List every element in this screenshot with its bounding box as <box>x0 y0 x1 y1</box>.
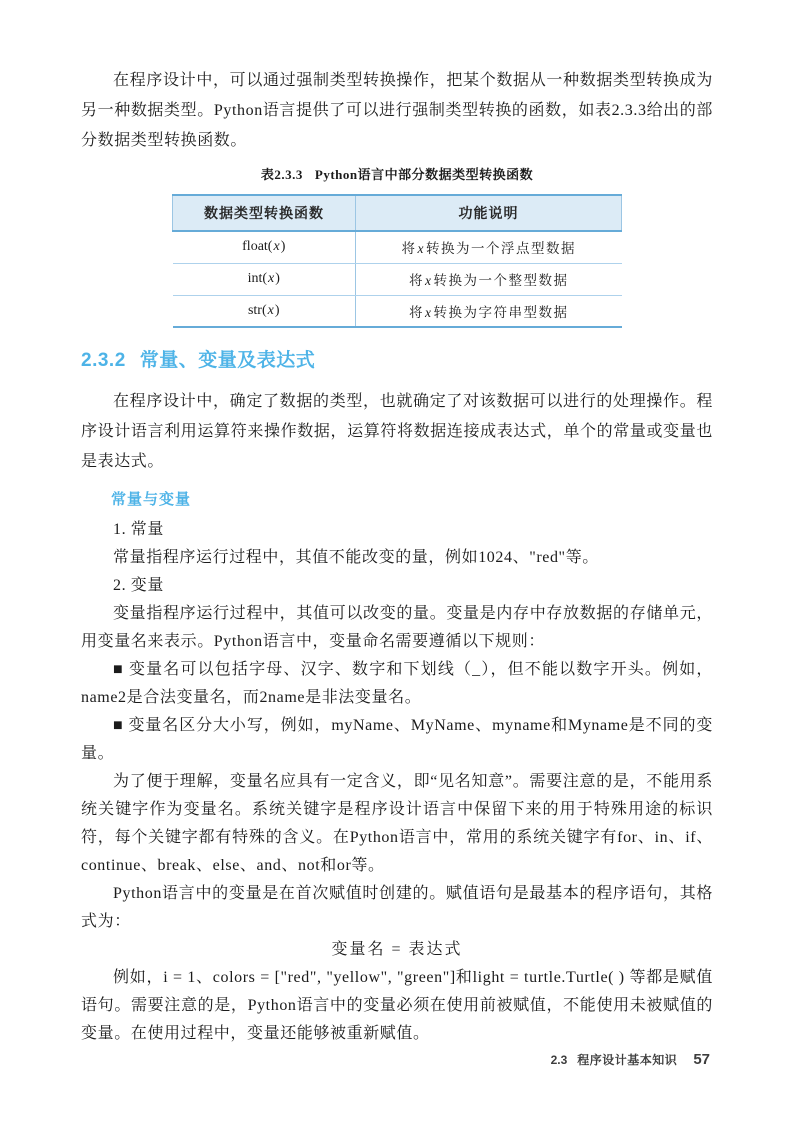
variable-x: x <box>417 241 427 256</box>
assignment-formula: 变量名 = 表达式 <box>81 936 713 964</box>
description-cell: 将x转换为字符串型数据 <box>356 295 622 327</box>
constant-definition: 常量指程序运行过程中，其值不能改变的量，例如1024、"red"等。 <box>81 544 713 572</box>
function-cell: float(x) <box>173 231 356 263</box>
intro-paragraph: 在程序设计中，可以通过强制类型转换操作，把某个数据从一种数据类型转换成为另一种数… <box>81 66 713 156</box>
description-cell: 将x转换为一个浮点型数据 <box>356 231 622 263</box>
variable-item-title: 2. 变量 <box>81 572 713 600</box>
naming-rule-bullet-1: ■ 变量名可以包括字母、汉字、数字和下划线（_），但不能以数字开头。例如，nam… <box>81 656 713 712</box>
table-row-str: str(x) 将x转换为字符串型数据 <box>173 295 622 327</box>
table-row-int: int(x) 将x转换为一个整型数据 <box>173 263 622 295</box>
table-row-float: float(x) 将x转换为一个浮点型数据 <box>173 231 622 263</box>
table-caption: 表2.3.3Python语言中部分数据类型转换函数 <box>81 166 713 184</box>
variable-x: x <box>424 273 434 288</box>
footer-section-number: 2.3 <box>551 1053 568 1067</box>
assignment-paragraph: Python语言中的变量是在首次赋值时创建的。赋值语句是最基本的程序语句，其格式… <box>81 880 713 936</box>
description-cell: 将x转换为一个整型数据 <box>356 263 622 295</box>
footer-page-number: 57 <box>693 1051 710 1068</box>
table-caption-number: 表2.3.3 <box>261 167 303 182</box>
constant-item-title: 1. 常量 <box>81 516 713 544</box>
table-header-row: 数据类型转换函数 功能说明 <box>173 195 622 231</box>
page-content: 在程序设计中，可以通过强制类型转换操作，把某个数据从一种数据类型转换成为另一种数… <box>81 66 713 1048</box>
footer-section-title: 程序设计基本知识 <box>577 1053 677 1067</box>
section-heading-number: 2.3.2 <box>81 350 126 371</box>
table-caption-title: Python语言中部分数据类型转换函数 <box>315 167 533 182</box>
section-heading: 2.3.2常量、变量及表达式 <box>81 348 713 374</box>
header-cell-function: 数据类型转换函数 <box>173 195 356 231</box>
function-cell: int(x) <box>173 263 356 295</box>
variable-x: x <box>267 303 275 318</box>
variable-x: x <box>424 305 434 320</box>
variable-x: x <box>272 239 280 254</box>
function-cell: str(x) <box>173 295 356 327</box>
keywords-paragraph: 为了便于理解，变量名应具有一定含义，即“见名知意”。需要注意的是，不能用系统关键… <box>81 768 713 880</box>
section-heading-title: 常量、变量及表达式 <box>140 350 316 371</box>
example-paragraph: 例如，i = 1、colors = ["red", "yellow", "gre… <box>81 964 713 1048</box>
section-intro-paragraph: 在程序设计中，确定了数据的类型，也就确定了对该数据可以进行的处理操作。程序设计语… <box>81 387 713 477</box>
naming-rule-bullet-2: ■ 变量名区分大小写，例如，myName、MyName、myname和Mynam… <box>81 712 713 768</box>
header-cell-description: 功能说明 <box>356 195 622 231</box>
variable-definition: 变量指程序运行过程中，其值可以改变的量。变量是内存中存放数据的存储单元，用变量名… <box>81 600 713 656</box>
document-page: 在程序设计中，可以通过强制类型转换操作，把某个数据从一种数据类型转换成为另一种数… <box>0 0 794 1123</box>
conversion-function-table: 数据类型转换函数 功能说明 float(x) 将x转换为一个浮点型数据 int(… <box>172 194 622 328</box>
subsection-heading: 常量与变量 <box>81 489 713 511</box>
page-footer: 2.3程序设计基本知识57 <box>551 1051 710 1069</box>
